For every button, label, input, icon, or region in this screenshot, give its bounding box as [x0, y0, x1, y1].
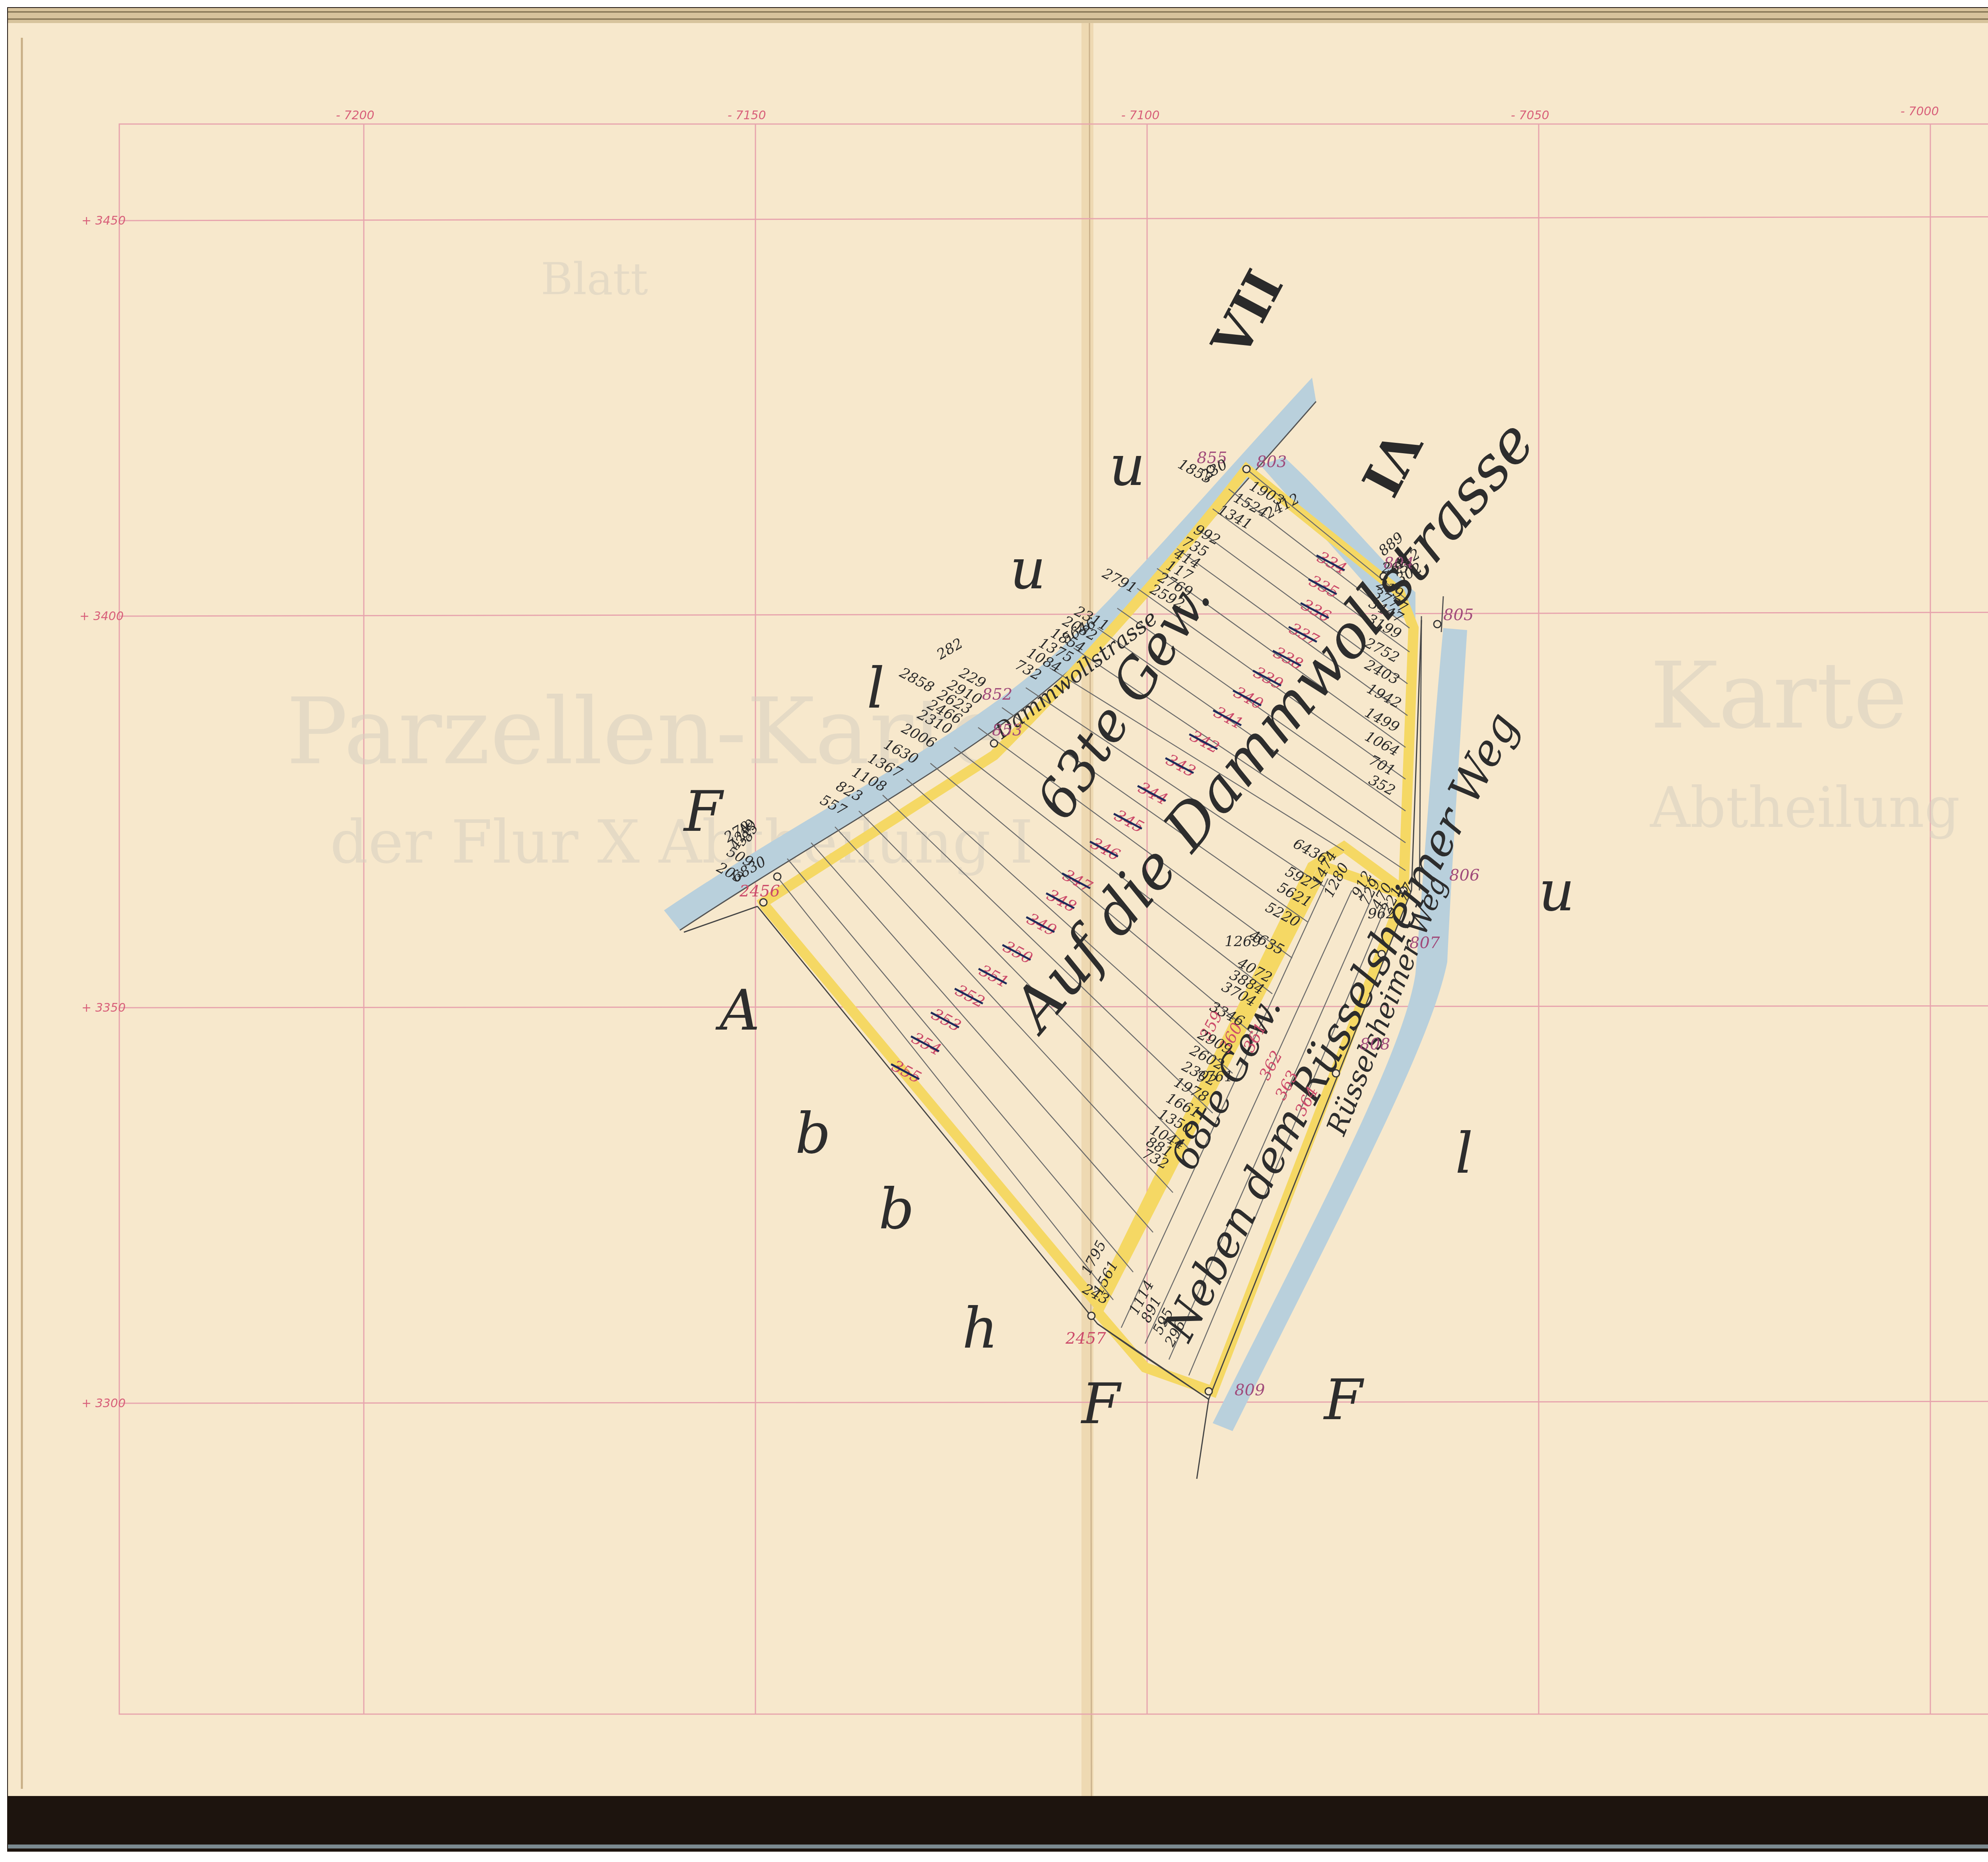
svg-text:3761: 3761	[1197, 1069, 1233, 1085]
svg-text:F: F	[1323, 1368, 1365, 1433]
svg-text:2457: 2457	[1065, 1329, 1106, 1348]
svg-text:+ 3400: + 3400	[80, 609, 124, 623]
svg-text:Abtheilung: Abtheilung	[1650, 776, 1960, 840]
svg-text:805: 805	[1443, 606, 1474, 624]
svg-text:F: F	[1080, 1372, 1122, 1437]
svg-text:Karte: Karte	[1650, 643, 1907, 749]
svg-text:F: F	[683, 780, 724, 844]
svg-text:806: 806	[1449, 866, 1479, 884]
svg-text:- 7050: - 7050	[1511, 109, 1549, 122]
map-spread: - 7200 - 7150 - 7100 - 7050 - 7000 + 345…	[0, 0, 1988, 1862]
svg-text:u: u	[1010, 537, 1046, 602]
svg-text:- 7100: - 7100	[1121, 109, 1160, 122]
svg-text:+ 3300: + 3300	[82, 1396, 126, 1410]
svg-text:1269: 1269	[1225, 933, 1261, 950]
svg-text:b: b	[879, 1177, 914, 1242]
svg-text:b: b	[795, 1102, 831, 1166]
svg-text:h: h	[962, 1296, 998, 1361]
svg-text:2456: 2456	[739, 882, 780, 900]
svg-text:l: l	[867, 656, 885, 721]
svg-text:der Flur X Abtheilung I: der Flur X Abtheilung I	[330, 808, 1033, 877]
svg-text:807: 807	[1409, 934, 1440, 952]
svg-text:- 7150: - 7150	[728, 109, 766, 122]
svg-text:u: u	[1109, 434, 1145, 498]
svg-text:u: u	[1539, 859, 1574, 924]
svg-text:852: 852	[982, 685, 1012, 704]
svg-text:+ 3350: + 3350	[82, 1001, 126, 1015]
svg-text:- 7000: - 7000	[1901, 105, 1939, 118]
svg-text:- 7200: - 7200	[336, 109, 375, 122]
svg-text:808: 808	[1360, 1035, 1390, 1053]
svg-text:809: 809	[1235, 1381, 1265, 1399]
svg-text:l: l	[1455, 1121, 1473, 1186]
svg-text:803: 803	[1256, 453, 1287, 471]
svg-text:853: 853	[992, 721, 1022, 739]
svg-text:A: A	[715, 978, 760, 1043]
svg-text:+ 3450: + 3450	[82, 214, 126, 228]
paper	[8, 23, 1988, 1796]
svg-text:Blatt: Blatt	[541, 254, 648, 305]
cadastral-map: - 7200 - 7150 - 7100 - 7050 - 7000 + 345…	[0, 0, 1988, 1862]
svg-text:962: 962	[1368, 906, 1395, 922]
